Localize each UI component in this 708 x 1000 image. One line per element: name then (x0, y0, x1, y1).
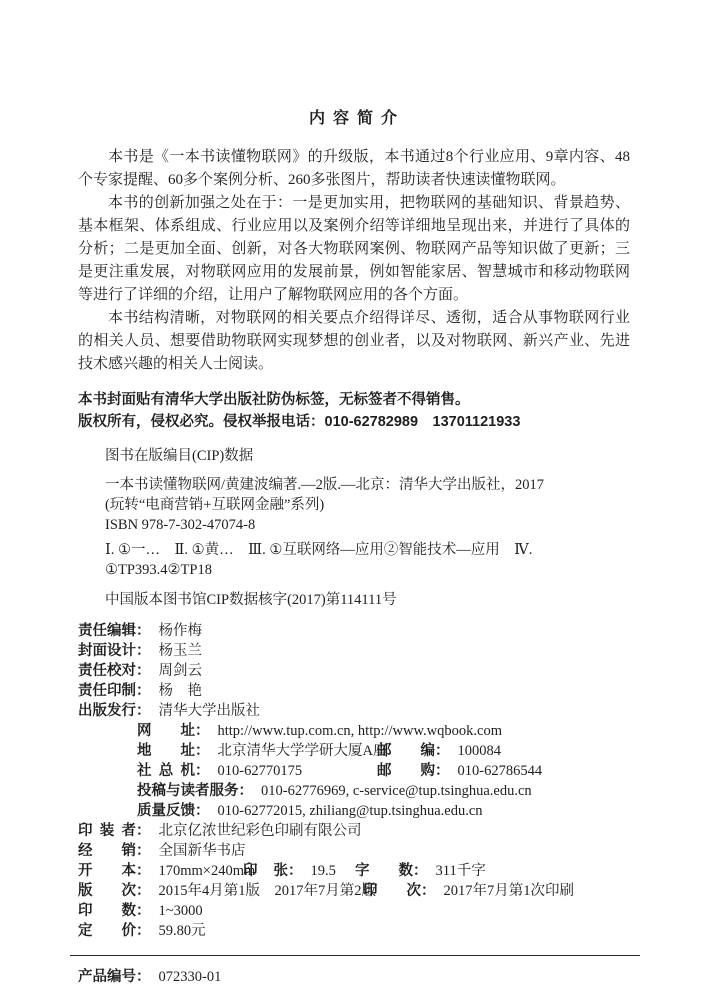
colon: ： (195, 761, 210, 781)
impression-value: 2017年7月第1次印刷 (444, 881, 575, 901)
format-label: 开本 (78, 861, 136, 881)
colon: ： (136, 641, 151, 661)
distributor-value: 全国新华书店 (159, 841, 246, 861)
colon: ： (421, 881, 436, 901)
postcode-value: 100084 (458, 741, 502, 761)
colon: ： (239, 781, 254, 801)
product-number-row: 产品编号：072330-01 (78, 967, 630, 987)
edition-value: 2015年4月第1版 2017年7月第2版 (159, 881, 377, 901)
colophon-row-switchboard: 社总机：010-62770175 邮购：010-62786544 (137, 761, 630, 781)
page-title: 内 容 简 介 (78, 108, 630, 130)
colon: ： (435, 761, 450, 781)
cip-entry: 一本书读懂物联网/黄建波编著.—2版.—北京：清华大学出版社，2017 (玩转“… (105, 475, 630, 535)
colophon-row-editor: 责任编辑：杨作梅 (78, 621, 630, 641)
mail-order-group: 邮购：010-62786544 (377, 761, 542, 781)
colophon-row-format: 开本：170mm×240mm 印张：19.5 字数：311千字 (78, 861, 630, 881)
product-number-value: 072330-01 (159, 967, 222, 987)
edition-label: 版次 (78, 881, 136, 901)
cip-series-line: (玩转“电商营销+互联网金融”系列) (105, 495, 630, 515)
switchboard-value: 010-62770175 (218, 761, 303, 781)
editor-label: 责任编辑 (78, 621, 136, 641)
colophon-row-website: 网址：http://www.tup.com.cn, http://www.wqb… (137, 721, 630, 741)
colophon-row-printer: 印装者：北京亿浓世纪彩色印刷有限公司 (78, 821, 630, 841)
intro-paragraph-1: 本书是《一本书读懂物联网》的升级版，本书通过8个行业应用、9章内容、48个专家提… (78, 146, 630, 192)
copyright-page: 内 容 简 介 本书是《一本书读懂物联网》的升级版，本书通过8个行业应用、9章内… (0, 0, 708, 1000)
address-value: 北京清华大学学研大厦A座 (218, 741, 388, 761)
postcode-label: 邮编 (377, 741, 435, 761)
colon: ： (136, 701, 151, 721)
submission-service-value: 010-62776969, c-service@tup.tsinghua.edu… (261, 781, 532, 801)
colon: ： (136, 621, 151, 641)
cip-isbn: ISBN 978-7-302-47074-8 (105, 515, 630, 535)
price-value: 59.80元 (159, 921, 206, 941)
website-label: 网址 (137, 721, 195, 741)
cover-design-label: 封面设计 (78, 641, 136, 661)
word-count-label: 字数 (355, 861, 413, 881)
cip-record-number: 中国版本图书馆CIP数据核字(2017)第114111号 (105, 590, 630, 610)
colon: ： (413, 861, 428, 881)
print-supervisor-value: 杨 艳 (159, 681, 203, 701)
intro-paragraph-3: 本书结构清晰，对物联网的相关要点介绍得详尽、透彻，适合从事物联网行业的相关人员、… (78, 307, 630, 376)
mail-order-label: 邮购 (377, 761, 435, 781)
website-value: http://www.tup.com.cn, http://www.wqbook… (218, 721, 502, 741)
cover-design-value: 杨玉兰 (159, 641, 203, 661)
colophon-row-proofreader: 责任校对：周剑云 (78, 661, 630, 681)
word-count-group: 字数：311千字 (355, 861, 486, 881)
address-group: 地址：北京清华大学学研大厦A座 (137, 741, 377, 761)
impression-label: 印次 (363, 881, 421, 901)
print-supervisor-label: 责任印制 (78, 681, 136, 701)
cip-book-line: 一本书读懂物联网/黄建波编著.—2版.—北京：清华大学出版社，2017 (105, 475, 630, 495)
switchboard-label: 社总机 (137, 761, 195, 781)
intro-paragraph-2: 本书的创新加强之处在于：一是更加实用，把物联网的基础知识、背景趋势、基本框架、体… (78, 192, 630, 307)
publisher-value: 清华大学出版社 (159, 701, 261, 721)
colon: ： (136, 821, 151, 841)
printer-value: 北京亿浓世纪彩色印刷有限公司 (159, 821, 362, 841)
format-group: 开本：170mm×240mm (78, 861, 243, 881)
legal-notice: 本书封面贴有清华大学出版社防伪标签，无标签者不得销售。 版权所有，侵权必究。侵权… (78, 389, 630, 433)
colon: ： (136, 681, 151, 701)
colophon-row-quality-feedback: 质量反馈：010-62772015, zhiliang@tup.tsinghua… (137, 801, 630, 821)
sheets-group: 印张：19.5 (243, 861, 355, 881)
colon: ： (136, 661, 151, 681)
publisher-label: 出版发行 (78, 701, 136, 721)
colon: ： (195, 741, 210, 761)
colophon-row-publisher: 出版发行：清华大学出版社 (78, 701, 630, 721)
colophon-row-address: 地址：北京清华大学学研大厦A座 邮编：100084 (137, 741, 630, 761)
colon: ： (288, 861, 303, 881)
editor-value: 杨作梅 (159, 621, 203, 641)
colon: ： (435, 741, 450, 761)
printer-label: 印装者 (78, 821, 136, 841)
footer-divider (70, 955, 640, 956)
colon: ： (195, 801, 210, 821)
word-count-value: 311千字 (436, 861, 486, 881)
colon: ： (195, 721, 210, 741)
distributor-label: 经销 (78, 841, 136, 861)
colon: ： (136, 881, 151, 901)
colon: ： (136, 967, 151, 987)
colophon-row-submission-service: 投稿与读者服务：010-62776969, c-service@tup.tsin… (137, 781, 630, 801)
colophon-row-print-supervisor: 责任印制：杨 艳 (78, 681, 630, 701)
format-value: 170mm×240mm (159, 861, 256, 881)
quality-feedback-label: 质量反馈 (137, 801, 195, 821)
colon: ： (136, 841, 151, 861)
postcode-group: 邮编：100084 (377, 741, 501, 761)
print-run-label: 印数 (78, 901, 136, 921)
edition-group: 版次：2015年4月第1版 2017年7月第2版 (78, 881, 363, 901)
anti-counterfeit-notice: 本书封面贴有清华大学出版社防伪标签，无标签者不得销售。 (78, 389, 630, 411)
sheets-value: 19.5 (311, 861, 336, 881)
colophon-block: 责任编辑：杨作梅 封面设计：杨玉兰 责任校对：周剑云 责任印制：杨 艳 出版发行… (78, 621, 630, 941)
cip-block: 图书在版编目(CIP)数据 一本书读懂物联网/黄建波编著.—2版.—北京：清华大… (105, 446, 630, 610)
sheets-label: 印张 (243, 861, 288, 881)
proofreader-value: 周剑云 (159, 661, 203, 681)
price-label: 定价 (78, 921, 136, 941)
print-run-value: 1~3000 (159, 901, 203, 921)
colophon-row-cover-design: 封面设计：杨玉兰 (78, 641, 630, 661)
switchboard-group: 社总机：010-62770175 (137, 761, 377, 781)
colophon-row-edition: 版次：2015年4月第1版 2017年7月第2版 印次：2017年7月第1次印刷 (78, 881, 630, 901)
mail-order-value: 010-62786544 (458, 761, 543, 781)
proofreader-label: 责任校对 (78, 661, 136, 681)
quality-feedback-value: 010-62772015, zhiliang@tup.tsinghua.edu.… (218, 801, 483, 821)
product-number-label: 产品编号 (78, 967, 136, 987)
colon: ： (136, 901, 151, 921)
cip-classification: Ⅰ. ①一… Ⅱ. ①黄… Ⅲ. ①互联网络—应用②智能技术—应用 Ⅳ. ①TP… (105, 540, 630, 580)
colophon-row-distributor: 经销：全国新华书店 (78, 841, 630, 861)
submission-service-label: 投稿与读者服务 (137, 781, 239, 801)
colophon-row-price: 定价：59.80元 (78, 921, 630, 941)
colon: ： (136, 861, 151, 881)
impression-group: 印次：2017年7月第1次印刷 (363, 881, 574, 901)
cip-heading: 图书在版编目(CIP)数据 (105, 446, 630, 466)
copyright-notice: 版权所有，侵权必究。侵权举报电话：010-62782989 1370112193… (78, 411, 630, 433)
address-label: 地址 (137, 741, 195, 761)
colophon-row-print-run: 印数：1~3000 (78, 901, 630, 921)
colon: ： (136, 921, 151, 941)
